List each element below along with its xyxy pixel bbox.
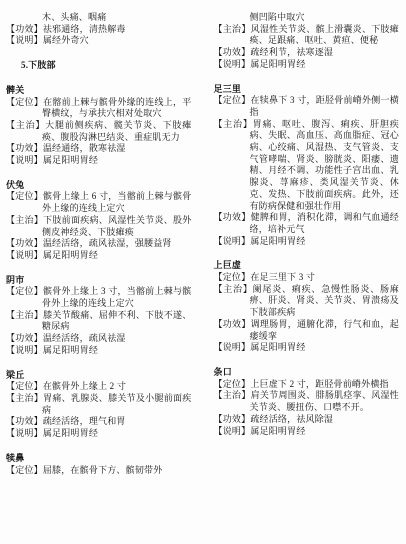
book-page: 木、头痛、咽痛 【功效】祛邪通络，清热解毒 【说明】属经外奇穴 5.下肢部 髀关… bbox=[0, 0, 406, 544]
field-text: 属经外奇穴 bbox=[43, 35, 89, 45]
field-text: 祛邪通络，清热解毒 bbox=[43, 24, 126, 34]
field-label: 【说明】 bbox=[6, 428, 43, 438]
acupoint-name: 伏兔 bbox=[6, 180, 192, 192]
field-text: 温经通络，散寒祛湿 bbox=[43, 143, 126, 153]
field-shuoming: 【说明】属足阳明胃经 bbox=[6, 428, 192, 440]
field-zhuzhi: 【主治】胃痛、乳腺炎、膝关节及小腿前面疾病 bbox=[6, 393, 192, 416]
acupoint-entry-shangjuxu: 上巨虚 【定位】在足三里下 3 寸 【主治】阑尾炎、痢疾、急慢性肠炎、肠麻痹、肝… bbox=[214, 260, 400, 354]
field-text: 在髂前上棘与髌骨外缘的连线上，平臀横纹，与承扶穴相对处取穴 bbox=[42, 97, 192, 119]
acupoint-name: 条口 bbox=[214, 367, 400, 379]
field-label: 【主治】 bbox=[6, 215, 43, 225]
field-label: 【定位】 bbox=[6, 97, 43, 107]
field-text: 属足阳明胃经 bbox=[250, 236, 305, 246]
field-label: 【说明】 bbox=[6, 250, 43, 260]
field-zhuzhi: 【主治】膝关节酸痛、屈伸不利、下肢不遂、糖尿病 bbox=[6, 310, 192, 333]
acupoint-name: 上巨虚 bbox=[214, 260, 400, 272]
field-label: 【主治】 bbox=[214, 390, 251, 400]
field-label: 【功效】 bbox=[214, 47, 251, 57]
field-label: 【主治】 bbox=[214, 24, 251, 34]
field-text: 胃痛、呕吐、腹泻、痢疾、肝胆疾病、失眠、高血压、高血脂症、冠心病、心绞痛、风湿热… bbox=[250, 119, 400, 211]
field-gongxiao: 【功效】疏经利节，祛寒逐湿 bbox=[214, 47, 400, 59]
field-text: 属足阳明胃经 bbox=[250, 426, 305, 436]
field-label: 【定位】 bbox=[6, 286, 43, 296]
field-text: 下肢前面疾病、风湿性关节炎、股外侧皮神经炎、下肢瘫痪 bbox=[42, 215, 192, 237]
field-label: 【主治】 bbox=[214, 284, 253, 294]
left-column: 木、头痛、咽痛 【功效】祛邪通络，清热解毒 【说明】属经外奇穴 5.下肢部 髀关… bbox=[6, 12, 192, 538]
field-text: 髌骨上缘上 6 寸，当髂前上棘与髌骨外上缘的连线上定穴 bbox=[42, 191, 192, 213]
field-label: 【主治】 bbox=[6, 120, 45, 130]
field-zhuzhi: 【主治】风湿性关节炎、髌上滑囊炎、下肢瘫痪、足跟痛、呕吐、黄疸、便秘 bbox=[214, 24, 400, 47]
field-label: 【定位】 bbox=[214, 272, 251, 282]
field-text: 属足阳明胃经 bbox=[250, 59, 305, 69]
field-gongxiao: 【功效】祛邪通络，清热解毒 bbox=[6, 24, 192, 36]
acupoint-name: 髀关 bbox=[6, 85, 192, 97]
field-text: 在犊鼻下 3 寸，距胫骨前嵴外侧一横指 bbox=[250, 95, 400, 117]
field-gongxiao: 【功效】调理肠胃，通腑化滞，行气和血，起痿缓挛 bbox=[214, 319, 400, 342]
carryover-paragraph: 木、头痛、咽痛 【功效】祛邪通络，清热解毒 【说明】属经外奇穴 bbox=[6, 12, 192, 47]
field-label: 【主治】 bbox=[6, 393, 43, 403]
acupoint-name: 犊鼻 bbox=[6, 453, 192, 465]
field-shuoming: 【说明】属经外奇穴 bbox=[6, 35, 192, 47]
field-text: 属足阳明胃经 bbox=[43, 250, 98, 260]
field-text: 阑尾炎、痢疾、急慢性肠炎、肠麻痹、肝炎、肾炎、关节炎、胃溃疡及下肢部疾病 bbox=[250, 284, 400, 317]
field-text: 屈膝，在髌骨下方、髌韧带外 bbox=[43, 465, 163, 475]
field-shuoming: 【说明】属足阳明胃经 bbox=[214, 342, 400, 354]
field-label: 【说明】 bbox=[214, 426, 251, 436]
field-gongxiao: 【功效】健脾和胃，消积化滞，调和气血通经络，培补元气 bbox=[214, 212, 400, 235]
field-text: 疏经活络，祛风除湿 bbox=[250, 414, 333, 424]
acupoint-entry-yinshi: 阴市 【定位】髌骨外上缘上 3 寸，当髂前上棘与髌骨外上缘的连线上定穴 【主治】… bbox=[6, 275, 192, 357]
field-label: 【功效】 bbox=[214, 414, 251, 424]
field-label: 【功效】 bbox=[6, 416, 43, 426]
field-shuoming: 【说明】属足阳明胃经 bbox=[6, 345, 192, 357]
field-text: 属足阳明胃经 bbox=[43, 428, 98, 438]
acupoint-entry-dubi: 犊鼻 【定位】屈膝，在髌骨下方、髌韧带外 bbox=[6, 453, 192, 476]
field-text: 髌骨外上缘上 3 寸，当髂前上棘与髌骨外上缘的连线上定穴 bbox=[42, 286, 192, 308]
field-zhuzhi: 【主治】下肢前面疾病、风湿性关节炎、股外侧皮神经炎、下肢瘫痪 bbox=[6, 215, 192, 238]
field-shuoming: 【说明】属足阳明胃经 bbox=[6, 250, 192, 262]
carryover-text: 木、头痛、咽痛 bbox=[6, 12, 192, 24]
field-label: 【说明】 bbox=[6, 345, 43, 355]
field-text: 风湿性关节炎、髌上滑囊炎、下肢瘫痪、足跟痛、呕吐、黄疸、便秘 bbox=[250, 24, 400, 46]
field-label: 【功效】 bbox=[6, 238, 43, 248]
field-label: 【定位】 bbox=[6, 191, 43, 201]
field-label: 【说明】 bbox=[6, 35, 43, 45]
field-shuoming: 【说明】属足阳明胃经 bbox=[214, 59, 400, 71]
field-text: 属足阳明胃经 bbox=[43, 155, 98, 165]
field-gongxiao: 【功效】温经活络，疏风祛湿 bbox=[6, 333, 192, 345]
field-text: 上巨虚下 2 寸，距胫骨前嵴外横指 bbox=[250, 379, 388, 389]
field-shuoming: 【说明】属足阳明胃经 bbox=[6, 155, 192, 167]
field-zhuzhi: 【主治】阑尾炎、痢疾、急慢性肠炎、肠麻痹、肝炎、肾炎、关节炎、胃溃疡及下肢部疾病 bbox=[214, 284, 400, 319]
carryover-text: 侧凹陷中取穴 bbox=[214, 12, 400, 24]
field-text: 健脾和胃，消积化滞，调和气血通经络，培补元气 bbox=[250, 212, 400, 234]
field-text: 疏经利节，祛寒逐湿 bbox=[250, 47, 333, 57]
field-gongxiao: 【功效】温经活络，疏风祛湿，强腰益肾 bbox=[6, 238, 192, 250]
field-dingwei: 【定位】上巨虚下 2 寸，距胫骨前嵴外横指 bbox=[214, 379, 400, 391]
acupoint-name: 阴市 bbox=[6, 275, 192, 287]
acupoint-entry-tiaokou: 条口 【定位】上巨虚下 2 寸，距胫骨前嵴外横指 【主治】肩关节周围炎、腓肠肌痉… bbox=[214, 367, 400, 437]
field-dingwei: 【定位】髌骨外上缘上 3 寸，当髂前上棘与髌骨外上缘的连线上定穴 bbox=[6, 286, 192, 309]
field-zhuzhi: 【主治】胃痛、呕吐、腹泻、痢疾、肝胆疾病、失眠、高血压、高血脂症、冠心病、心绞痛… bbox=[214, 119, 400, 213]
field-label: 【功效】 bbox=[6, 333, 43, 343]
field-label: 【说明】 bbox=[214, 236, 251, 246]
acupoint-entry-liangqiu: 梁丘 【定位】在髌骨外上缘上 2 寸 【主治】胃痛、乳腺炎、膝关节及小腿前面疾病… bbox=[6, 370, 192, 440]
field-gongxiao: 【功效】疏经活络，祛风除湿 bbox=[214, 414, 400, 426]
field-label: 【功效】 bbox=[214, 319, 251, 329]
field-text: 属足阳明胃经 bbox=[43, 345, 98, 355]
acupoint-entry-biguan: 髀关 【定位】在髂前上棘与髌骨外缘的连线上，平臀横纹，与承扶穴相对处取穴 【主治… bbox=[6, 85, 192, 167]
right-column: 侧凹陷中取穴 【主治】风湿性关节炎、髌上滑囊炎、下肢瘫痪、足跟痛、呕吐、黄疸、便… bbox=[214, 12, 400, 538]
carryover-paragraph: 侧凹陷中取穴 【主治】风湿性关节炎、髌上滑囊炎、下肢瘫痪、足跟痛、呕吐、黄疸、便… bbox=[214, 12, 400, 71]
field-label: 【主治】 bbox=[6, 310, 43, 320]
field-dingwei: 【定位】在髌骨外上缘上 2 寸 bbox=[6, 381, 192, 393]
field-text: 在足三里下 3 寸 bbox=[250, 272, 315, 282]
field-dingwei: 【定位】在足三里下 3 寸 bbox=[214, 272, 400, 284]
field-label: 【功效】 bbox=[214, 212, 251, 222]
field-text: 温经活络，疏风祛湿 bbox=[43, 333, 126, 343]
acupoint-name: 足三里 bbox=[214, 84, 400, 96]
section-heading: 5.下肢部 bbox=[6, 60, 192, 72]
acupoint-name: 梁丘 bbox=[6, 370, 192, 382]
field-gongxiao: 【功效】疏经活络，理气和胃 bbox=[6, 416, 192, 428]
field-dingwei: 【定位】在髂前上棘与髌骨外缘的连线上，平臀横纹，与承扶穴相对处取穴 bbox=[6, 97, 192, 120]
field-dingwei: 【定位】在犊鼻下 3 寸，距胫骨前嵴外侧一横指 bbox=[214, 95, 400, 118]
field-text: 在髌骨外上缘上 2 寸 bbox=[43, 381, 126, 391]
field-shuoming: 【说明】属足阳明胃经 bbox=[214, 236, 400, 248]
field-label: 【定位】 bbox=[214, 95, 251, 105]
field-text: 肩关节周围炎、腓肠肌痉挛、风湿性关节炎、腰扭伤、口噤不开。 bbox=[250, 390, 400, 412]
field-text: 调理肠胃，通腑化滞，行气和血，起痿缓挛 bbox=[250, 319, 400, 341]
field-label: 【说明】 bbox=[6, 155, 43, 165]
field-label: 【定位】 bbox=[214, 379, 251, 389]
field-text: 膝关节酸痛、屈伸不利、下肢不遂、糖尿病 bbox=[42, 310, 192, 332]
acupoint-entry-zusanli: 足三里 【定位】在犊鼻下 3 寸，距胫骨前嵴外侧一横指 【主治】胃痛、呕吐、腹泻… bbox=[214, 84, 400, 248]
field-zhuzhi: 【主治】肩关节周围炎、腓肠肌痉挛、风湿性关节炎、腰扭伤、口噤不开。 bbox=[214, 390, 400, 413]
field-shuoming: 【说明】属足阳明胃经 bbox=[214, 426, 400, 438]
field-gongxiao: 【功效】温经通络，散寒祛湿 bbox=[6, 143, 192, 155]
field-label: 【说明】 bbox=[214, 342, 251, 352]
field-label: 【主治】 bbox=[214, 119, 253, 129]
field-text: 属足阳明胃经 bbox=[250, 342, 305, 352]
field-text: 温经活络，疏风祛湿，强腰益肾 bbox=[43, 238, 172, 248]
acupoint-entry-futu: 伏兔 【定位】髌骨上缘上 6 寸，当髂前上棘与髌骨外上缘的连线上定穴 【主治】下… bbox=[6, 180, 192, 262]
field-zhuzhi: 【主治】大腿前侧疾病、髋关节炎、下肢瘫痪、腹股沟淋巴结炎、重症肌无力 bbox=[6, 120, 192, 143]
field-text: 胃痛、乳腺炎、膝关节及小腿前面疾病 bbox=[42, 393, 192, 415]
field-dingwei: 【定位】髌骨上缘上 6 寸，当髂前上棘与髌骨外上缘的连线上定穴 bbox=[6, 191, 192, 214]
field-text: 大腿前侧疾病、髋关节炎、下肢瘫痪、腹股沟淋巴结炎、重症肌无力 bbox=[42, 120, 191, 142]
field-label: 【功效】 bbox=[6, 24, 43, 34]
field-label: 【定位】 bbox=[6, 465, 43, 475]
field-label: 【功效】 bbox=[6, 143, 43, 153]
field-text: 疏经活络，理气和胃 bbox=[43, 416, 126, 426]
field-label: 【说明】 bbox=[214, 59, 251, 69]
field-label: 【定位】 bbox=[6, 381, 43, 391]
field-dingwei: 【定位】屈膝，在髌骨下方、髌韧带外 bbox=[6, 465, 192, 477]
